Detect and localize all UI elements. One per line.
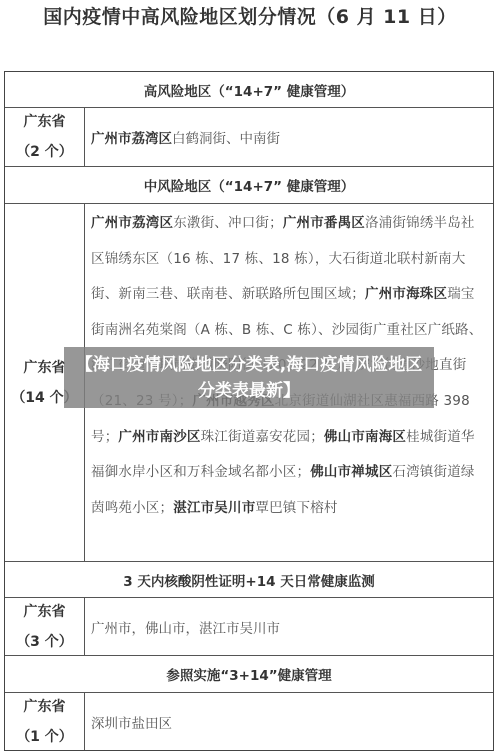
- area-count: （3 个）: [16, 627, 73, 657]
- table-row-high-risk: 广东省 （2 个） 广州市荔湾区白鹤洞街、中南街: [5, 108, 493, 167]
- province-name: 广东省: [24, 692, 66, 722]
- section-header-high-risk: 高风险地区（“14+7” 健康管理）: [5, 72, 493, 108]
- province-cell: 广东省 （1 个）: [5, 693, 85, 750]
- province-name: 广东省: [24, 107, 66, 137]
- areas-cell: 深圳市盐田区: [85, 693, 493, 750]
- district-name: 广州市荔湾区: [91, 215, 173, 231]
- risk-area-table: 高风险地区（“14+7” 健康管理） 广东省 （2 个） 广州市荔湾区白鹤洞街、…: [4, 71, 494, 751]
- caption-overlay: 【海口疫情风险地区分类表,海口疫情风险地区分类表最新】: [64, 347, 434, 408]
- section-header-3-plus-14: 参照实施“3+14”健康管理: [5, 656, 493, 693]
- section-header-medium-risk: 中风险地区（“14+7” 健康管理）: [5, 167, 493, 204]
- page-title: 国内疫情中高风险地区划分情况（6 月 11 日）: [0, 4, 500, 30]
- province-cell: 广东省 （3 个）: [5, 598, 85, 655]
- caption-text: 【海口疫情风险地区分类表,海口疫情风险地区分类表最新】: [72, 352, 426, 404]
- district-name: 湛江市吴川市: [173, 500, 255, 516]
- table-row-3-plus-14: 广东省 （1 个） 深圳市盐田区: [5, 693, 493, 750]
- table-row-health-monitoring: 广东省 （3 个） 广州市，佛山市，湛江市吴川市: [5, 598, 493, 656]
- district-name: 佛山市南海区: [324, 429, 406, 445]
- area-detail: 深圳市盐田区: [91, 712, 172, 732]
- district-name: 广州市南沙区: [118, 429, 200, 445]
- area-detail: 广州市，佛山市，湛江市吴川市: [91, 617, 280, 637]
- area-count: （1 个）: [16, 722, 73, 752]
- district-name: 广州市荔湾区: [91, 131, 172, 147]
- province-name: 广东省: [24, 597, 66, 627]
- area-detail: 覃巴镇下榕村: [255, 500, 337, 516]
- district-name: 广州市海珠区: [365, 286, 447, 302]
- province-name: 广东省: [24, 353, 66, 383]
- district-name: 佛山市禅城区: [310, 464, 392, 480]
- district-name: 广州市番禺区: [283, 215, 365, 231]
- area-detail: 白鹤洞街、中南街: [172, 131, 280, 147]
- area-detail: 珠江街道嘉安花园；: [201, 429, 324, 445]
- areas-cell: 广州市荔湾区白鹤洞街、中南街: [85, 108, 493, 166]
- areas-cell: 广州市，佛山市，湛江市吴川市: [85, 598, 493, 655]
- province-cell: 广东省 （2 个）: [5, 108, 85, 166]
- area-detail: 东漖街、冲口街；: [173, 215, 283, 231]
- area-count: （2 个）: [16, 137, 73, 167]
- section-header-health-monitoring: 3 天内核酸阴性证明+14 天日常健康监测: [5, 562, 493, 598]
